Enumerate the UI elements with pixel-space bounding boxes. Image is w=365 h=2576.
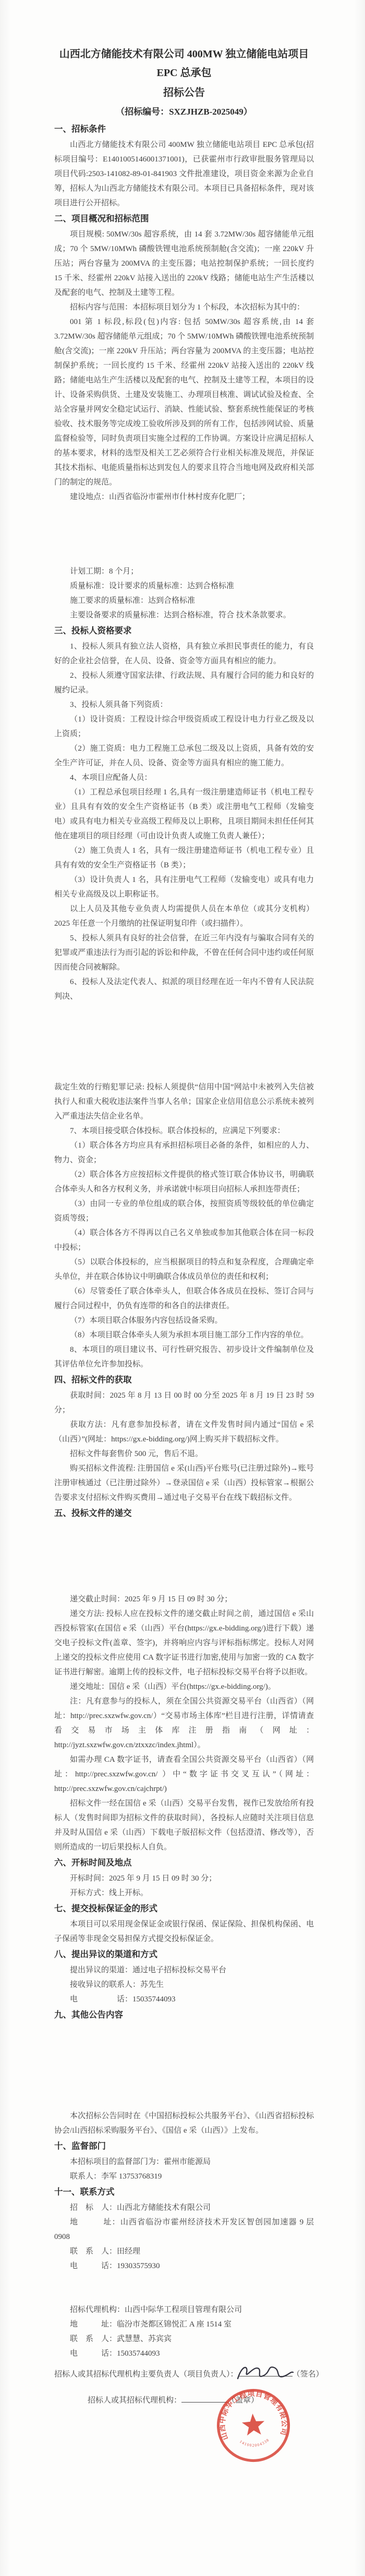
submission-method-paragraph: 递交方法: 投标人应在投标文件的递交截止时间之前，通过国信 e 采山西投标管家(… (54, 1607, 314, 1679)
obtain-time-line: 获取时间：2025 年 8 月 13 日 00 时 00 分至 2025 年 8… (54, 1388, 314, 1417)
purchase-flow-paragraph: 购买招标文件流程: 注册国信 e 采(山西)平台账号(已注册过除外)→账号注册审… (54, 1461, 314, 1505)
section-8-heading: 八、提出异议的渠道和方式 (54, 1946, 314, 1963)
document-page-5: 本次招标公告同时在《中国招标投标公共服务平台》、《山西省招标投标协会/山西招标采… (0, 2061, 365, 2576)
quality-standard-line2: 施工要求的质量标准：达到合格标准 (54, 593, 314, 608)
supervision-department-line: 本招标项目的监督部门为：霍州市能源局 (54, 2155, 314, 2169)
qualification-item-5: 5、投标人须具有良好的社会信誉，在近三年内没有与骗取合同有关的犯罪或严重违法行为… (54, 931, 314, 975)
section-5-heading: 五、投标文件的递交 (54, 1505, 314, 1522)
leader-signature-label: 招标人或其招标代理机构主要负责人（项目负责人）： (54, 2370, 238, 2379)
consortium-item-8: （8）本项目联合体牵头人须为承担本项目施工部分工作内容的单位。 (54, 1328, 314, 1342)
svg-text:141002004338: 141002004338 (238, 2437, 271, 2448)
construction-site-line: 建设地点：山西省临汾市霍州市什林村废弃化肥厂； (54, 490, 314, 504)
document-page-3: 裁定生效的行贿犯罪记录: 投标人须提供“信用中国”网站中未被列入失信被执行人和重… (0, 1030, 365, 1546)
tender-announcement-document: 山西北方储能技术有限公司 400MW 独立储能电站项目 EPC 总承包 招标公告… (0, 0, 365, 2576)
qualification-item-3-2: （2）施工资质：电力工程施工总承包二级及以上资质，具备有效的安全生产许可证，并在… (54, 741, 314, 770)
section-3-heading: 三、投标人资格要求 (54, 623, 314, 639)
consortium-item-4: （4）联合体各方不得再以自己名义单独或参加其他联合体在同一标段中投标； (54, 1226, 314, 1255)
qualification-item-4-2: （2）施工负责人 1 名，具有一级注册建造师证书（机电工程专业）且具有有效的安全… (54, 843, 314, 873)
document-page-1: 山西北方储能技术有限公司 400MW 独立储能电站项目 EPC 总承包 招标公告… (0, 0, 365, 515)
bid-opening-time-line: 开标时间：2025 年 9 月 15 日 09 时 30 分； (54, 1871, 314, 1886)
document-title-line1: 山西北方储能技术有限公司 400MW 独立储能电站项目 EPC 总承包 (54, 45, 314, 82)
section-4-heading: 四、招标文件的获取 (54, 1372, 314, 1388)
registration-note-paragraph: 注：凡有意参与的投标人，须在全国公共资源交易平台（山西省）（网址：http://… (54, 1694, 314, 1752)
org-seal-label: 招标人或其招标代理机构： (88, 2396, 181, 2405)
consortium-item-6: （6）尽管委任了联合体牵头人，但联合体各成员在投标、签订合同与履行合同过程中，仍… (54, 1284, 314, 1313)
qualification-item-1: 1、投标人须具有独立法人资格，具有独立承担民事责任的能力，有良好的企业社会信誉，… (54, 639, 314, 668)
obtain-method-paragraph: 获取方法：凡有意参加投标者，请在文件发售时间内通过“国信 e 采（山西）”(网址… (54, 1417, 314, 1447)
seal-code: 141002004338 (238, 2437, 271, 2448)
seal-star-icon (241, 2413, 265, 2436)
qualification-item-4-1: （1）工程总承包项目经理 1 名,具有一级注册建造师证书（机电工程专业）且具有有… (54, 785, 314, 843)
ca-certificate-paragraph: 如需办理 CA 数字证书，请查看全国公共资源交易平台（山西省）（网址：http:… (54, 1752, 314, 1796)
bidder-phone-line: 电 话：19303575930 (54, 2259, 314, 2273)
leader-signature-row: 招标人或其招标代理机构主要负责人（项目负责人）：（签名） (54, 2367, 346, 2382)
objection-contact-line: 接收异议的联系人：苏先生 (54, 1977, 314, 1992)
bid-opening-mode-line: 开标方式：线上开标。 (54, 1886, 314, 1900)
agency-phone-line: 电 话：15035744093 (54, 2346, 314, 2361)
qualification-item-6-part2: 裁定生效的行贿犯罪记录: 投标人须提供“信用中国”网站中未被列入失信被执行人和重… (54, 1080, 314, 1124)
agency-address-line: 地 址：临汾市尧都区锦悦汇 A 座 1514 室 (54, 2317, 314, 2332)
quality-standard-line3: 主要设备要求的质量标准：达到合格标准，符合 技术条款要求。 (54, 608, 314, 623)
objection-channel-line: 提出异议的渠道：通过电子招标投标交易平台 (54, 1963, 314, 1977)
objection-phone-line: 电 话：15035744093 (54, 1992, 314, 2007)
bid-bond-paragraph: 本项目可以采用现金保证金或银行保函、保证保险、担保机构保函、电子保函等非现金交易… (54, 1917, 314, 1946)
section-7-heading: 七、提交投标保证金的形式 (54, 1900, 314, 1917)
qualification-item-3: 3、投标人须具备下列资质： (54, 698, 314, 712)
project-scale-paragraph: 项目规模: 50MW/30s 超容系统，由 14 套 3.72MW/30s 超容… (54, 227, 314, 300)
qualification-item-4: 4、本项目应配备人员： (54, 770, 314, 785)
bidder-address-line: 地 址：山西省临汾市霍州经济技术开发区智创园加速器 9 层 0908 (54, 2215, 314, 2244)
section-1-heading: 一、招标条件 (54, 121, 314, 138)
handwritten-signature (235, 2361, 296, 2386)
tender-number: （招标编号：SXZJHZB-2025049） (54, 103, 314, 121)
qualification-item-3-1: （1）设计资质：工程设计综合甲级资质或工程设计电力行业乙级及以上资质； (54, 712, 314, 741)
publication-platforms-paragraph: 本次招标公告同时在《中国招标投标公共服务平台》、《山西省招标投标协会/山西招标采… (54, 2109, 314, 2138)
submission-deadline-line: 递交截止时间：2025 年 9 月 15 日 09 时 30 分； (54, 1592, 314, 1607)
section-1-paragraph: 山西北方储能技术有限公司 400MW 独立储能电站项目 EPC 总承包(招标项目… (54, 138, 314, 210)
qualification-item-6-part1: 6、投标人及法定代表人、拟派的项目经理在近一年内不曾有人民法院判决、 (54, 975, 314, 1004)
section-11-heading: 十一、联系方式 (54, 2184, 314, 2200)
supervision-contact-line: 联系人：李军 13753768319 (54, 2169, 314, 2184)
consortium-item-1: （1）联合体各方均应具有承担招标项目必备的条件，如相应的人力、物力、资金； (54, 1138, 314, 1167)
qualification-item-7: 7、本项目接受联合体投标。联合体投标的，应满足下列要求： (54, 1124, 314, 1138)
document-price-line: 招标文件每套售价 500 元，售后不退。 (54, 1447, 314, 1461)
qualification-item-2: 2、投标人须遵守国家法律、行政法规、具有履行合同的能力和良好的履约记录。 (54, 668, 314, 698)
qualification-item-8: 8、本项目的项目建议书、可行性研究报告、初步设计文件编制单位及其评估单位允许参加… (54, 1342, 314, 1372)
consortium-item-7: （7）本项目联合体服务内容包括设备采购。 (54, 1313, 314, 1328)
scope-intro-paragraph: 招标内容与范围：本招标项目划分为 1 个标段，本次招标为其中的： (54, 300, 314, 315)
qualification-item-4-3: （3）设计负责人 1 名，具有注册电气工程师（发输变电）或具有电力相关专业高级及… (54, 873, 314, 902)
section-2-heading: 二、项目概况和招标范围 (54, 210, 314, 227)
quality-standard-line1: 质量标准：设计要求的质量标准：达到合格标准 (54, 579, 314, 593)
leader-signature-suffix: （签名） (293, 2370, 324, 2379)
social-security-note: 以上人员及其他专业负责人均需提供人员在本单位（或其分支机构）2025 年任意一个… (54, 902, 314, 931)
bidder-contact-line: 联 系 人：田经理 (54, 2244, 314, 2259)
lot-001-paragraph: 001 第 1 标段,标段(包)内容: 包括 50MW/30s 超容系统,由 1… (54, 315, 314, 490)
consortium-item-3: （3）由同一专业的单位组成的联合体，按照资质等级较低的单位确定资质等级； (54, 1197, 314, 1226)
section-10-heading: 十、监督部门 (54, 2138, 314, 2155)
planned-duration-line: 计划工期：8 个月； (54, 564, 314, 579)
consortium-item-2: （2）联合体各方应按招标文件提供的格式签订联合体协议书，明确联合体牵头人和各方权… (54, 1167, 314, 1197)
agency-name-line: 招标代理机构：山西中际华工程项目管理有限公司 (54, 2303, 314, 2317)
document-page-4: 递交截止时间：2025 年 9 月 15 日 09 时 30 分； 递交方法: … (0, 1546, 365, 2061)
document-page-2: 计划工期：8 个月； 质量标准：设计要求的质量标准：达到合格标准 施工要求的质量… (0, 515, 365, 1030)
submission-address-line: 递交地址：国信 e 采（山西）平台(https://gx.e-bidding.o… (54, 1679, 314, 1694)
section-9-heading: 九、其他公告内容 (54, 2007, 314, 2023)
bidder-name-line: 招 标 人：山西北方储能技术有限公司 (54, 2200, 314, 2215)
company-seal-stamp: 山西中际华工程项目管理有限公司 141002004338 (211, 2383, 296, 2468)
agency-contact-line: 联 系 人：武慧慧、苏宾宾 (54, 2332, 314, 2346)
document-release-paragraph: 招标文件一经在国信 e 采（山西）交易平台发售，视作已发放给所有投标人（发售时间… (54, 1796, 314, 1855)
consortium-item-5: （5）以联合体投标的，应当根据项目的特点和复杂程度，合理确定牵头单位，并在联合体… (54, 1255, 314, 1284)
document-title-line2: 招标公告 (54, 83, 314, 102)
section-6-heading: 六、开标时间及地点 (54, 1855, 314, 1871)
